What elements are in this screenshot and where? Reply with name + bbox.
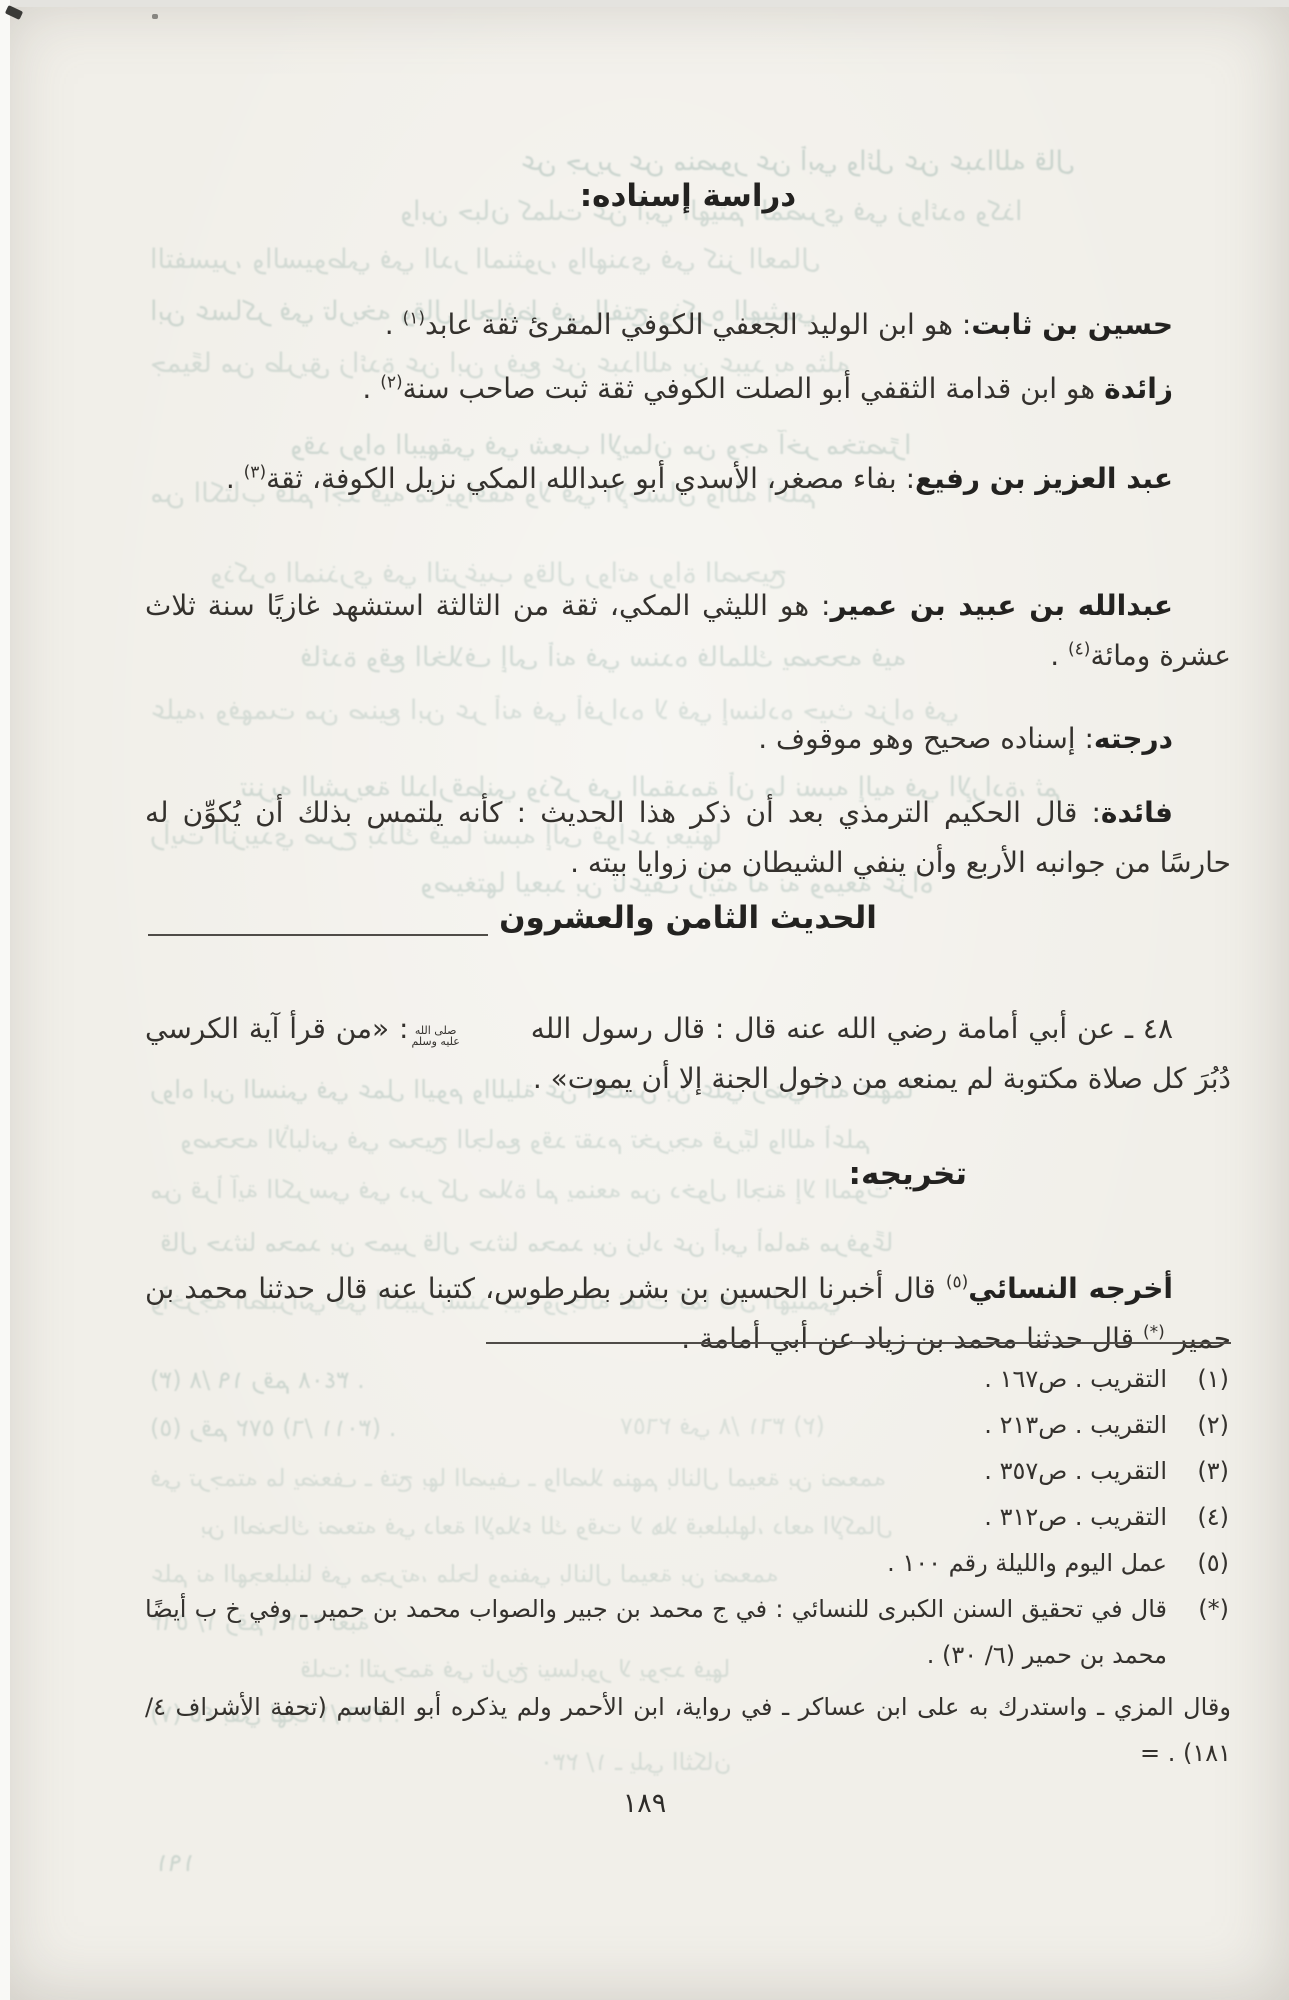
narrator-name: عبد العزيز بن رفيع bbox=[915, 462, 1173, 495]
hadith-isnad-intro: عن أبي أمامة رضي الله عنه قال : قال رسول… bbox=[521, 1012, 1115, 1045]
footnote-separator-rule bbox=[486, 1342, 1231, 1344]
benefit-text: : قال الحكيم الترمذي بعد أن ذكر هذا الحد… bbox=[145, 796, 1231, 879]
sentence-end: . bbox=[1050, 639, 1068, 672]
narrator-paragraph-zaidah: زائدة هو ابن قدامة الثقفي أبو الصلت الكو… bbox=[145, 364, 1231, 414]
footnote-2: (٢)التقريب . ص٢١٣ . bbox=[145, 1402, 1231, 1448]
narrator-paragraph-abdullah: عبدالله بن عبيد بن عمير: هو الليثي المكي… bbox=[145, 581, 1231, 681]
footnote-star: (*)قال في تحقيق السنن الكبرى للنسائي : ف… bbox=[145, 1586, 1231, 1678]
takhrij-chain-end: قال حدثنا محمد بن زياد عن أبي أمامة . bbox=[681, 1322, 1143, 1355]
takhrij-paragraph: أخرجه النسائي(٥) قال أخبرنا الحسين بن بش… bbox=[145, 1264, 1231, 1364]
footnote-text: عمل اليوم والليلة رقم ١٠٠ . bbox=[887, 1549, 1167, 1577]
chapter-heading-hadith-28: الحديث الثامن والعشرون bbox=[145, 900, 1231, 937]
takhrij-lead: أخرجه النسائي bbox=[968, 1272, 1173, 1305]
salla-allahu-alayhi-wasallam-mark: صلى اللهعليه وسلم bbox=[411, 1025, 517, 1047]
footnote-text: التقريب . ص٢١٣ . bbox=[984, 1411, 1167, 1439]
hadith-number: ٤٨ bbox=[1143, 1012, 1173, 1045]
narrator-paragraph-husayn: حسين بن ثابت: هو ابن الوليد الجعفي الكوف… bbox=[145, 300, 1231, 350]
benefit-label: فائدة bbox=[1101, 796, 1173, 829]
heading-side-rule bbox=[148, 934, 488, 936]
section-heading-takhrij: تخريجه: bbox=[849, 1156, 967, 1193]
footnote-5: (٥)عمل اليوم والليلة رقم ١٠٠ . bbox=[145, 1540, 1231, 1586]
section-heading-isnad-study: دراسة إسناده: bbox=[145, 178, 1231, 215]
grade-text: : إسناده صحيح وهو موقوف . bbox=[758, 722, 1094, 755]
narrator-name: زائدة bbox=[1104, 372, 1173, 405]
footnote-number: (٢) bbox=[1197, 1402, 1229, 1448]
footnote-marker-5: (٥) bbox=[946, 1273, 968, 1293]
footnote-text: التقريب . ص٣٥٧ . bbox=[984, 1457, 1167, 1485]
hadith-text-paragraph: ٤٨ ـ عن أبي أمامة رضي الله عنه قال : قال… bbox=[145, 1004, 1231, 1104]
saw-line-2: عليه وسلم bbox=[411, 1036, 517, 1047]
footnote-3: (٣)التقريب . ص٣٥٧ . bbox=[145, 1448, 1231, 1494]
footnote-text: قال في تحقيق السنن الكبرى للنسائي : في ج… bbox=[145, 1595, 1167, 1669]
footnote-mizzi: وقال المزي ـ واستدرك به على ابن عساكر ـ … bbox=[145, 1684, 1231, 1776]
footnote-marker-4: (٤) bbox=[1068, 640, 1090, 660]
footnote-number: (١) bbox=[1197, 1356, 1229, 1402]
footnote-marker-star: (*) bbox=[1143, 1323, 1165, 1343]
narrator-name: حسين بن ثابت bbox=[971, 308, 1173, 341]
narrator-note: : بفاء مصغر، الأسدي أبو عبدالله المكي نز… bbox=[266, 462, 915, 495]
page-content: دراسة إسناده: حسين بن ثابت: هو ابن الولي… bbox=[0, 0, 1289, 2000]
grade-label: درجته bbox=[1094, 722, 1173, 755]
narrator-note: : هو ابن الوليد الجعفي الكوفي المقرئ ثقة… bbox=[425, 308, 971, 341]
sentence-end: . bbox=[362, 372, 380, 405]
footnote-1: (١)التقريب . ص١٦٧ . bbox=[145, 1356, 1231, 1402]
footnote-marker-3: (٣) bbox=[244, 463, 266, 483]
footnote-marker-2: (٢) bbox=[380, 373, 402, 393]
page-number: ١٨٩ bbox=[0, 1788, 1289, 1819]
sentence-end: . bbox=[385, 308, 403, 341]
grade-paragraph: درجته: إسناده صحيح وهو موقوف . bbox=[145, 714, 1231, 764]
footnote-marker-1: (١) bbox=[403, 309, 425, 329]
footnote-4: (٤)التقريب . ص٣١٢ . bbox=[145, 1494, 1231, 1540]
scanned-book-page: عن جرير عن منصور عن أبي وائل عن عبدالله … bbox=[0, 0, 1289, 2000]
footnote-text: التقريب . ص١٦٧ . bbox=[984, 1365, 1167, 1393]
narrator-name: عبدالله بن عبيد بن عمير bbox=[830, 589, 1173, 622]
narrator-paragraph-abdulaziz: عبد العزيز بن رفيع: بفاء مصغر، الأسدي أب… bbox=[145, 454, 1231, 504]
narrator-note: هو ابن قدامة الثقفي أبو الصلت الكوفي ثقة… bbox=[403, 372, 1104, 405]
footnote-text: التقريب . ص٣١٢ . bbox=[984, 1503, 1167, 1531]
footnote-number: (٥) bbox=[1197, 1540, 1229, 1586]
footnote-text: وقال المزي ـ واستدرك به على ابن عساكر ـ … bbox=[145, 1693, 1231, 1767]
footnote-number: (٤) bbox=[1197, 1494, 1229, 1540]
footnote-number: (*) bbox=[1198, 1586, 1229, 1632]
footnote-number: (٣) bbox=[1197, 1448, 1229, 1494]
hadith-dash: ـ bbox=[1115, 1012, 1143, 1045]
benefit-paragraph: فائدة: قال الحكيم الترمذي بعد أن ذكر هذا… bbox=[145, 788, 1231, 888]
footnotes-block: (١)التقريب . ص١٦٧ . (٢)التقريب . ص٢١٣ . … bbox=[145, 1356, 1231, 1776]
sentence-end: . bbox=[226, 462, 244, 495]
